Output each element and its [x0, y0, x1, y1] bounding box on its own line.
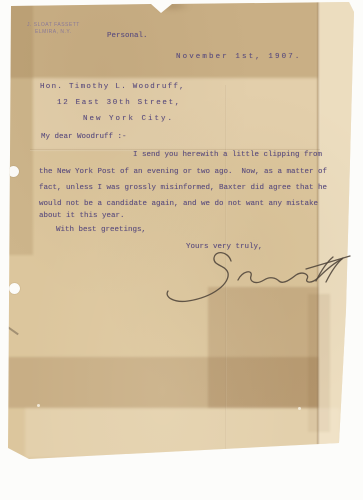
scanned-letter: J. SLOAT FASSETT ELMIRA, N.Y. Personal. … [0, 0, 363, 500]
letterhead-location: ELMIRA, N.Y. [35, 29, 71, 35]
aged-stain-band [8, 357, 318, 408]
recipient-street: 12 East 30th Street, [57, 100, 181, 108]
aged-stain-left-strip [5, 0, 33, 255]
letterhead-name: J. SLOAT FASSETT [27, 22, 80, 28]
recipient-name: Hon. Timothy L. Woodruff, [40, 84, 185, 92]
date-line: November 1st, 1907. [176, 54, 301, 62]
aged-stain-top [5, 0, 318, 78]
greeting-line: With best greetings, [56, 227, 146, 235]
light-band-bottom [25, 408, 340, 458]
handwritten-signature [158, 247, 353, 305]
body-line: about it this year. [39, 213, 125, 221]
paper-speck [298, 407, 301, 410]
back-sheet-flap [318, 0, 355, 460]
body-line: would not be a candidate again, and we d… [39, 201, 318, 209]
body-line: I send you herewith a little clipping fr… [133, 152, 322, 160]
sheet-edge-line [317, 0, 319, 445]
aged-stain-middle [208, 287, 318, 408]
body-line: the New York Post of an evening or two a… [39, 169, 327, 177]
salutation: My dear Woodruff :- [41, 134, 127, 142]
paper-speck [37, 404, 40, 407]
punch-hole-top [8, 166, 19, 177]
ink-smudge [155, 0, 191, 12]
body-line: fact, unless I was grossly misinformed, … [39, 185, 327, 193]
pencil-mark [2, 322, 19, 335]
aged-stain-right-col [308, 294, 330, 432]
punch-hole-bottom [9, 283, 20, 294]
recipient-city: New York City. [83, 116, 174, 124]
personal-label: Personal. [107, 33, 148, 41]
